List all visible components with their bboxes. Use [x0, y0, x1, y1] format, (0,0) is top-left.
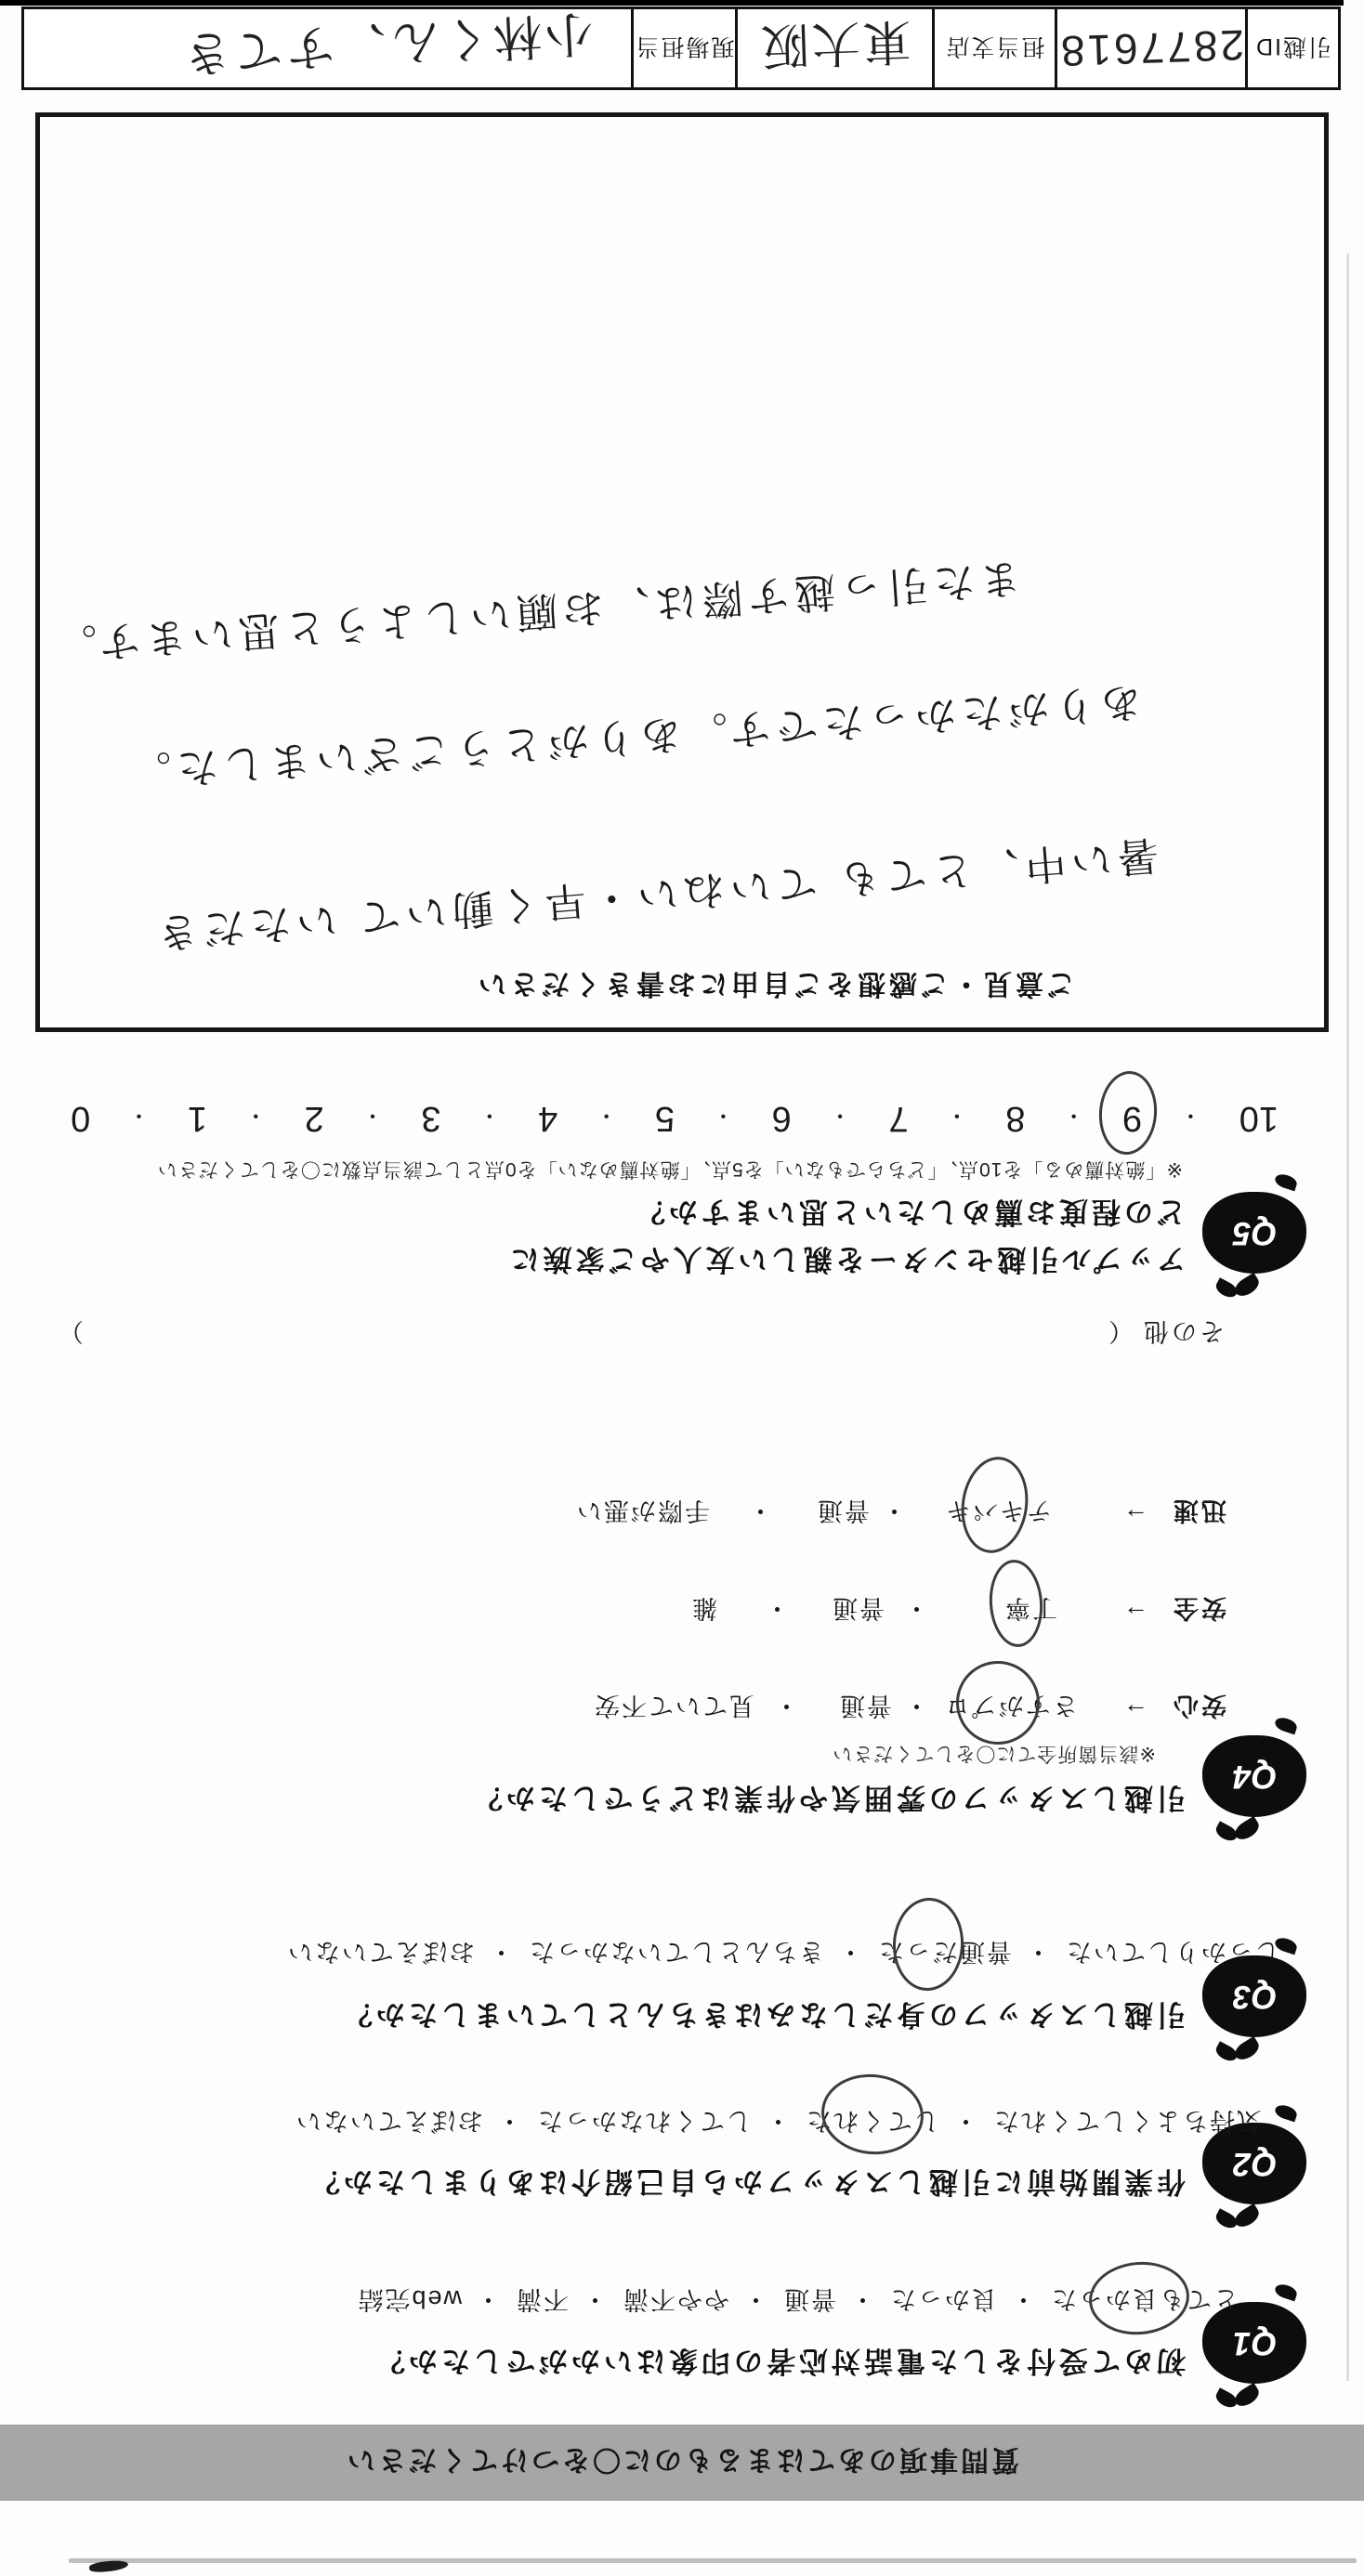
q5-badge: Q5 [1195, 1173, 1308, 1296]
q1-badge-label: Q1 [1232, 2324, 1278, 2361]
option-separator: ・ [766, 2105, 791, 2141]
q4-badge-label: Q4 [1232, 1758, 1278, 1795]
q5-title-line2: どの程度お薦めしたいと思いますか？ [633, 1194, 1186, 1236]
q2-badge-label: Q2 [1232, 2145, 1278, 2182]
q2-option-label: 気持ちよくしてくれた [992, 2107, 1262, 2135]
instruction-bar: 質問事項のあてはまるものに〇をつけてください [0, 2425, 1364, 2501]
sprout-leaf-icon [1213, 2041, 1239, 2064]
q5-badge-blob: Q5 [1202, 1192, 1306, 1274]
sprout-leaf-icon [1232, 2036, 1263, 2063]
move-id-label-cell: 引越ID [1245, 9, 1338, 87]
footer-id-table: 引越ID 2877618 担当支店 東大阪 現場担当 小林くん、すてき [21, 7, 1341, 90]
q4-option: 丁寧 [1003, 1592, 1057, 1628]
sprout-leaf-icon [1232, 1273, 1263, 1300]
branch-label: 担当支店 [945, 32, 1045, 65]
scan-edge-bottom [0, 0, 1344, 6]
q3-badge-label: Q3 [1232, 1978, 1278, 2015]
q1-option-label: 不満 [515, 2285, 569, 2313]
q3-option: きちんとしていなかった [528, 1936, 824, 1972]
scale-number-label: 4 [538, 1099, 557, 1138]
scale-number-label: 7 [888, 1099, 908, 1138]
option-separator: ・ [902, 1690, 929, 1726]
q4-option-label: 雑 [690, 1594, 717, 1622]
scale-separator: ・ [829, 1102, 851, 1134]
q4-option: 普通 [816, 1495, 870, 1531]
q4-option-label: 見ていて不安 [593, 1692, 754, 1720]
q1-options-row: とても良かった ・ 良かった ・ 普通 ・ やや不満 ・ 不満 ・ web完結 [0, 2260, 1364, 2320]
q4-row-label: 安全 [1171, 1592, 1226, 1628]
scale-number: 9 [1122, 1098, 1142, 1138]
q1-option: とても良かった [1050, 2283, 1239, 2320]
move-id-handwritten-value: 2877618 [1057, 20, 1245, 77]
q2-option-label: してくれなかった [536, 2107, 752, 2135]
scale-separator: ・ [596, 1102, 618, 1134]
q4-option-label: 手際が悪い [575, 1497, 710, 1524]
q4-option: さすがプロ [943, 1690, 1078, 1726]
q4-other-label: その他 [1141, 1315, 1225, 1352]
q4-row-jinsoku: 迅速 → テキパキ ・ 普通 ・ 手際が悪い [0, 1471, 1364, 1531]
q4-option: テキパキ [944, 1495, 1052, 1531]
q5-badge-label: Q5 [1232, 1214, 1278, 1251]
q5-scale-row: 10 ・ 9 ・ 8 ・ 7 ・ 6 ・ 5 ・ 4 ・ 3 ・ 2 ・ 1 ・… [71, 1098, 1279, 1138]
q4-badge: Q4 [1195, 1717, 1308, 1839]
scale-number-label: 3 [421, 1099, 440, 1138]
move-id-value-cell: 2877618 [1055, 9, 1245, 87]
scale-separator: ・ [1179, 1102, 1201, 1134]
q4-row-label: 安心 [1171, 1690, 1226, 1726]
instruction-text: 質問事項のあてはまるものに〇をつけてください [345, 2442, 1019, 2483]
scale-number-label: 10 [1239, 1099, 1279, 1138]
option-separator: ・ [880, 1495, 907, 1531]
close-paren: ） [57, 1315, 84, 1352]
scale-number: 4 [538, 1098, 557, 1138]
q2-options-row: 気持ちよくしてくれた ・ してくれた ・ してくれなかった ・ おぼえていない [0, 2082, 1364, 2141]
scale-separator: ・ [479, 1102, 501, 1134]
arrow-icon: → [1121, 1697, 1148, 1726]
option-separator: ・ [746, 1495, 773, 1531]
option-separator: ・ [902, 1592, 929, 1628]
q1-option-label: 良かった [889, 2285, 997, 2313]
scale-number: 7 [888, 1098, 908, 1138]
q4-option: 見ていて不安 [593, 1690, 754, 1726]
option-separator: ・ [476, 2283, 501, 2320]
q2-option: してくれなかった [536, 2105, 752, 2141]
scale-separator: ・ [244, 1102, 267, 1134]
scale-number-label: 6 [772, 1099, 792, 1138]
q4-option-label: 普通 [831, 1594, 885, 1622]
q3-options-row: しっかりしていた ・ 普通だった ・ きちんとしていなかった ・ おぼえていない [0, 1913, 1364, 1972]
q1-option-label: web完結 [356, 2285, 462, 2313]
scale-number-label: 5 [655, 1099, 675, 1138]
option-separator: ・ [489, 1936, 514, 1972]
q3-option-label: おぼえていない [286, 1938, 475, 1966]
q4-option-label: 丁寧 [1003, 1594, 1057, 1622]
q3-title: 引越しスタッフの身だしなみはきちんとしていましたか？ [340, 1996, 1186, 2038]
comment-box-label: ご意見・ご感想をご自由にお書きください [475, 966, 1075, 1007]
site-staff-value-cell: 小林くん、すてき [24, 9, 631, 87]
q1-title: 初めて受付をした電話対応者の印象はいかがでしたか？ [373, 2343, 1186, 2385]
option-separator: ・ [1026, 1936, 1051, 1972]
option-separator: ・ [583, 2283, 608, 2320]
sprout-leaf-icon [1232, 2383, 1263, 2410]
q4-title: 引越しスタッフの雰囲気や作業はどうでしたか？ [470, 1780, 1186, 1822]
scale-number-label: 8 [1005, 1099, 1025, 1138]
q2-option-label: おぼえていない [295, 2107, 483, 2135]
scale-number: 8 [1005, 1098, 1025, 1138]
scale-number-label: 0 [71, 1099, 90, 1138]
q4-option-label: テキパキ [944, 1497, 1052, 1524]
q5-title-line1: アップル引越センターを親しい友人やご家族に [507, 1241, 1186, 1283]
q4-option: 雑 [690, 1592, 717, 1628]
q4-row-label: 迅速 [1171, 1495, 1226, 1531]
arrow-icon: → [1121, 1600, 1148, 1628]
q1-option-label: とても良かった [1050, 2285, 1239, 2313]
scan-edge-line [69, 2558, 1357, 2563]
scale-separator: ・ [128, 1102, 151, 1134]
q4-note: ※該当箇所全てに〇をしてください [832, 1741, 1156, 1769]
option-separator: ・ [743, 2283, 768, 2320]
option-separator: ・ [1011, 2283, 1036, 2320]
option-separator: ・ [772, 1690, 799, 1726]
site-staff-label-cell: 現場担当 [631, 9, 735, 87]
option-separator: ・ [763, 1592, 790, 1628]
q5-note: ※「絶対薦める」を10点、「どちらでもない」を5点、「絶対薦めない」を0点として… [157, 1157, 1183, 1184]
q1-option: やや不満 [622, 2283, 729, 2320]
q3-option-label: きちんとしていなかった [528, 1938, 824, 1966]
sprout-leaf-icon [1213, 2208, 1239, 2231]
scale-number: 5 [655, 1098, 675, 1138]
branch-handwritten-value: 東大阪 [757, 11, 913, 86]
q3-option-label: 普通だった [877, 1938, 1012, 1966]
site-staff-handwritten-value: 小林くん、すてき [179, 3, 596, 94]
q2-option: してくれた [805, 2105, 939, 2141]
branch-label-cell: 担当支店 [932, 9, 1055, 87]
move-id-label: 引越ID [1254, 32, 1331, 65]
q3-option: 普通だった [877, 1936, 1012, 1972]
q4-option: 普通 [831, 1592, 885, 1628]
q4-option: 普通 [838, 1690, 892, 1726]
q3-option: しっかりしていた [1065, 1936, 1280, 1972]
scale-separator: ・ [1063, 1102, 1085, 1134]
q3-option: おぼえていない [286, 1936, 475, 1972]
q4-option-label: 普通 [838, 1692, 892, 1720]
option-separator: ・ [838, 1936, 863, 1972]
q4-row-anzen: 安全 → 丁寧 ・ 普通 ・ 雑 [0, 1569, 1364, 1628]
q1-option: 良かった [889, 2283, 997, 2320]
option-separator: ・ [953, 2105, 978, 2141]
sprout-leaf-icon [1213, 2387, 1239, 2411]
scale-separator: ・ [946, 1102, 968, 1134]
site-staff-label: 現場担当 [635, 32, 735, 65]
handwritten-comment-line: ありがたかったです。ありがとうございました。 [124, 675, 1144, 805]
q4-option: 手際が悪い [575, 1495, 710, 1531]
arrow-icon: → [1121, 1502, 1148, 1531]
branch-value-cell: 東大阪 [735, 9, 932, 87]
q4-other-row: その他 （ ） [0, 1292, 1364, 1352]
q4-row-anshin: 安心 → さすがプロ ・ 普通 ・ 見ていて不安 [0, 1667, 1364, 1726]
q1-option-label: 普通 [782, 2285, 836, 2313]
sprout-leaf-icon [1232, 1816, 1263, 1843]
q4-badge-blob: Q4 [1202, 1735, 1306, 1817]
scale-separator: ・ [361, 1102, 384, 1134]
q3-option-label: しっかりしていた [1065, 1938, 1280, 1966]
q4-option-label: 普通 [816, 1497, 870, 1524]
scale-number: 10 [1239, 1098, 1279, 1138]
q2-option-label: してくれた [805, 2107, 939, 2135]
scale-number: 1 [188, 1098, 207, 1138]
scanned-survey-page: 質問事項のあてはまるものに〇をつけてください Q1 初めて受付をした電話対応者の… [0, 0, 1364, 2576]
q1-option-label: やや不満 [622, 2285, 729, 2313]
comment-box: ご意見・ご感想をご自由にお書きください 暑い中、とても ていねい・早く動いて い… [35, 112, 1329, 1032]
q2-option: 気持ちよくしてくれた [992, 2105, 1262, 2141]
handwritten-comment-line: また引っ越す際は、お願いしようと思います。 [49, 552, 1023, 679]
scale-number-label: 9 [1122, 1099, 1142, 1138]
badge-foot-icon [1273, 1172, 1298, 1192]
scale-number: 6 [772, 1098, 792, 1138]
sprout-leaf-icon [1213, 1821, 1239, 1844]
handwritten-comment-line: 暑い中、とても ていねい・早く動いて いただき [150, 829, 1161, 967]
q2-option: おぼえていない [295, 2105, 483, 2141]
scale-number-label: 2 [305, 1099, 324, 1138]
sprout-leaf-icon [1232, 2203, 1263, 2230]
open-paren: （ [1107, 1315, 1134, 1352]
scale-number: 3 [421, 1098, 440, 1138]
q2-title: 作業開始前に引越しスタッフから自己紹介はありましたか？ [308, 2164, 1186, 2205]
scale-number: 2 [305, 1098, 324, 1138]
option-separator: ・ [850, 2283, 875, 2320]
scale-number-label: 1 [188, 1099, 207, 1138]
scale-separator: ・ [712, 1102, 734, 1134]
q1-option: web完結 [356, 2283, 462, 2320]
q1-option: 普通 [782, 2283, 836, 2320]
scale-number: 0 [71, 1098, 90, 1138]
option-separator: ・ [497, 2105, 522, 2141]
q4-option-label: さすがプロ [943, 1692, 1078, 1720]
q1-option: 不満 [515, 2283, 569, 2320]
